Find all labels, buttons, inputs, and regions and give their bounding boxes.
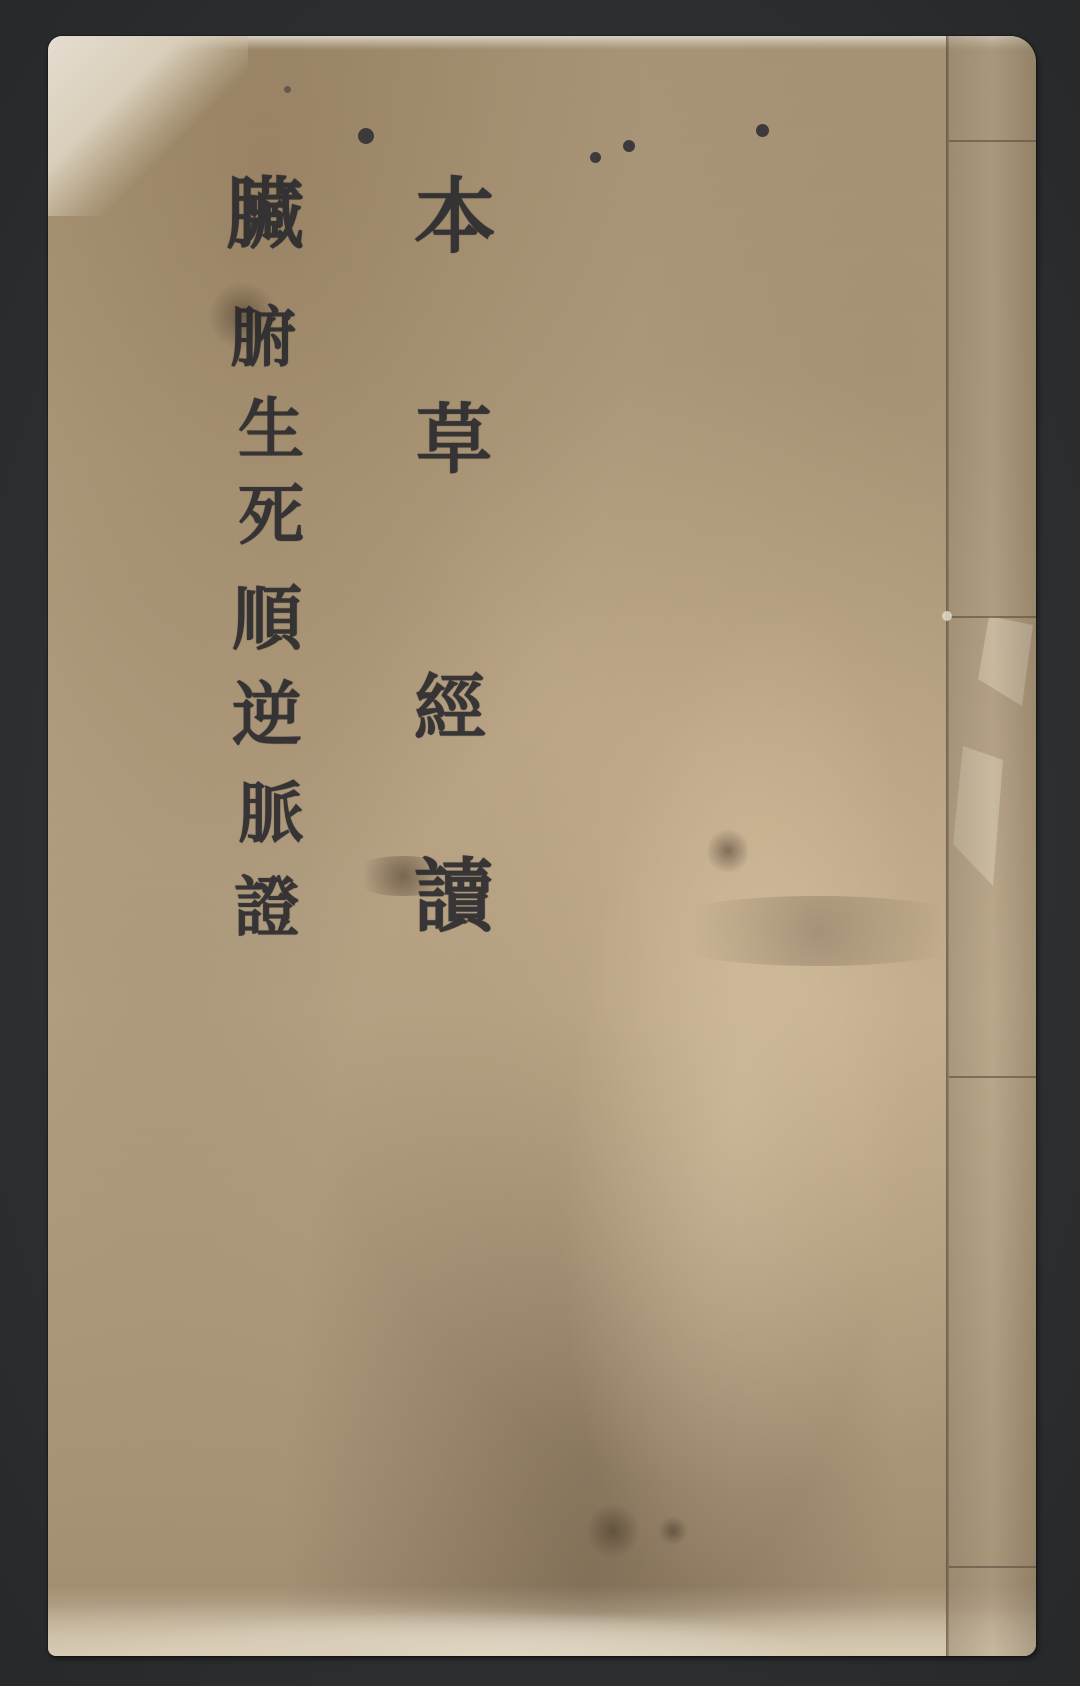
title-char-cao: 草 bbox=[416, 402, 492, 478]
title-char-ben: 本 bbox=[414, 176, 496, 258]
subtitle-char-shun: 順 bbox=[232, 584, 302, 654]
binding-thread bbox=[949, 616, 1036, 618]
subtitle-char-sheng: 生 bbox=[238, 396, 304, 462]
binding-fold-line bbox=[946, 36, 949, 1656]
bottom-edge-wear bbox=[48, 1586, 1036, 1656]
ink-spot bbox=[590, 152, 601, 163]
light-faded-patch bbox=[517, 581, 960, 1611]
ink-spot bbox=[756, 124, 769, 137]
binding-thread bbox=[949, 1566, 1036, 1568]
binding-spine-strip bbox=[949, 36, 1036, 1656]
subtitle-char-ni: 逆 bbox=[232, 680, 302, 750]
binding-knot bbox=[942, 611, 952, 621]
water-stain bbox=[588, 1501, 638, 1561]
binding-thread bbox=[949, 140, 1036, 142]
subtitle-char-zheng: 證 bbox=[234, 874, 300, 940]
water-stain bbox=[658, 1516, 688, 1546]
title-char-jing: 經 bbox=[414, 672, 486, 744]
top-left-corner-wear bbox=[48, 36, 248, 216]
subtitle-char-fu: 腑 bbox=[230, 304, 296, 370]
title-char-du: 讀 bbox=[414, 856, 494, 936]
water-stain bbox=[638, 896, 998, 966]
subtitle-char-zang: 臟 bbox=[226, 176, 304, 254]
subtitle-char-si: 死 bbox=[238, 482, 304, 548]
ink-spot bbox=[284, 86, 291, 93]
book-cover: 本 草 經 讀 臟 腑 生 死 順 逆 脈 證 bbox=[48, 36, 1036, 1656]
ink-spot bbox=[623, 140, 635, 152]
binding-thread bbox=[949, 1076, 1036, 1078]
water-stain bbox=[708, 826, 748, 876]
ink-spot bbox=[358, 128, 374, 144]
subtitle-char-mai: 脈 bbox=[238, 780, 304, 846]
